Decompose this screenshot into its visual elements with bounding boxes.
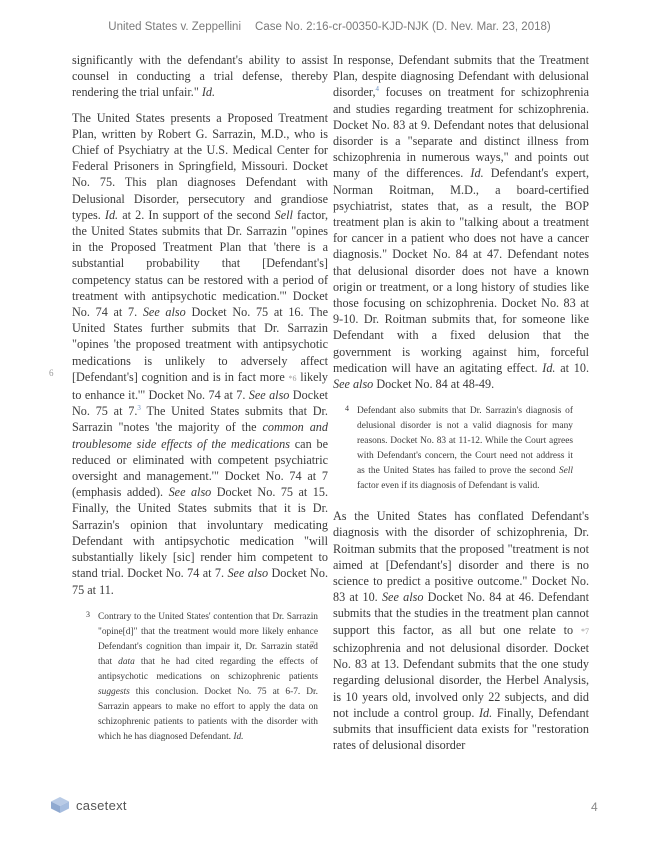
footnote-mark: 3 bbox=[86, 607, 90, 622]
star-page-marker: *7 bbox=[581, 627, 589, 636]
brand-name: casetext bbox=[76, 798, 127, 813]
paragraph: As the United States has conflated Defen… bbox=[333, 508, 589, 753]
footnote-mark: 4 bbox=[345, 401, 349, 416]
casetext-cube-icon bbox=[50, 796, 70, 814]
paragraph: significantly with the defendant's abili… bbox=[72, 52, 328, 101]
page-header: United States v. ZeppelliniCase No. 2:16… bbox=[0, 21, 659, 33]
paragraph: The United States presents a Proposed Tr… bbox=[72, 110, 328, 598]
page-marker-left: 6 bbox=[49, 368, 54, 378]
paragraph: In response, Defendant submits that the … bbox=[333, 52, 589, 392]
footnote-4: 4Defendant also submits that Dr. Sarrazi… bbox=[357, 404, 589, 494]
casetext-logo[interactable]: casetext bbox=[50, 796, 127, 814]
star-page-marker: *6 bbox=[289, 374, 297, 383]
case-citation: Case No. 2:16-cr-00350-KJD-NJK (D. Nev. … bbox=[255, 21, 551, 33]
case-name: United States v. Zeppellini bbox=[108, 21, 241, 33]
page-number: 4 bbox=[591, 800, 598, 814]
footnote-3: 3Contrary to the United States' contenti… bbox=[98, 610, 328, 745]
right-column: In response, Defendant submits that the … bbox=[333, 52, 589, 762]
left-column: significantly with the defendant's abili… bbox=[72, 52, 328, 759]
